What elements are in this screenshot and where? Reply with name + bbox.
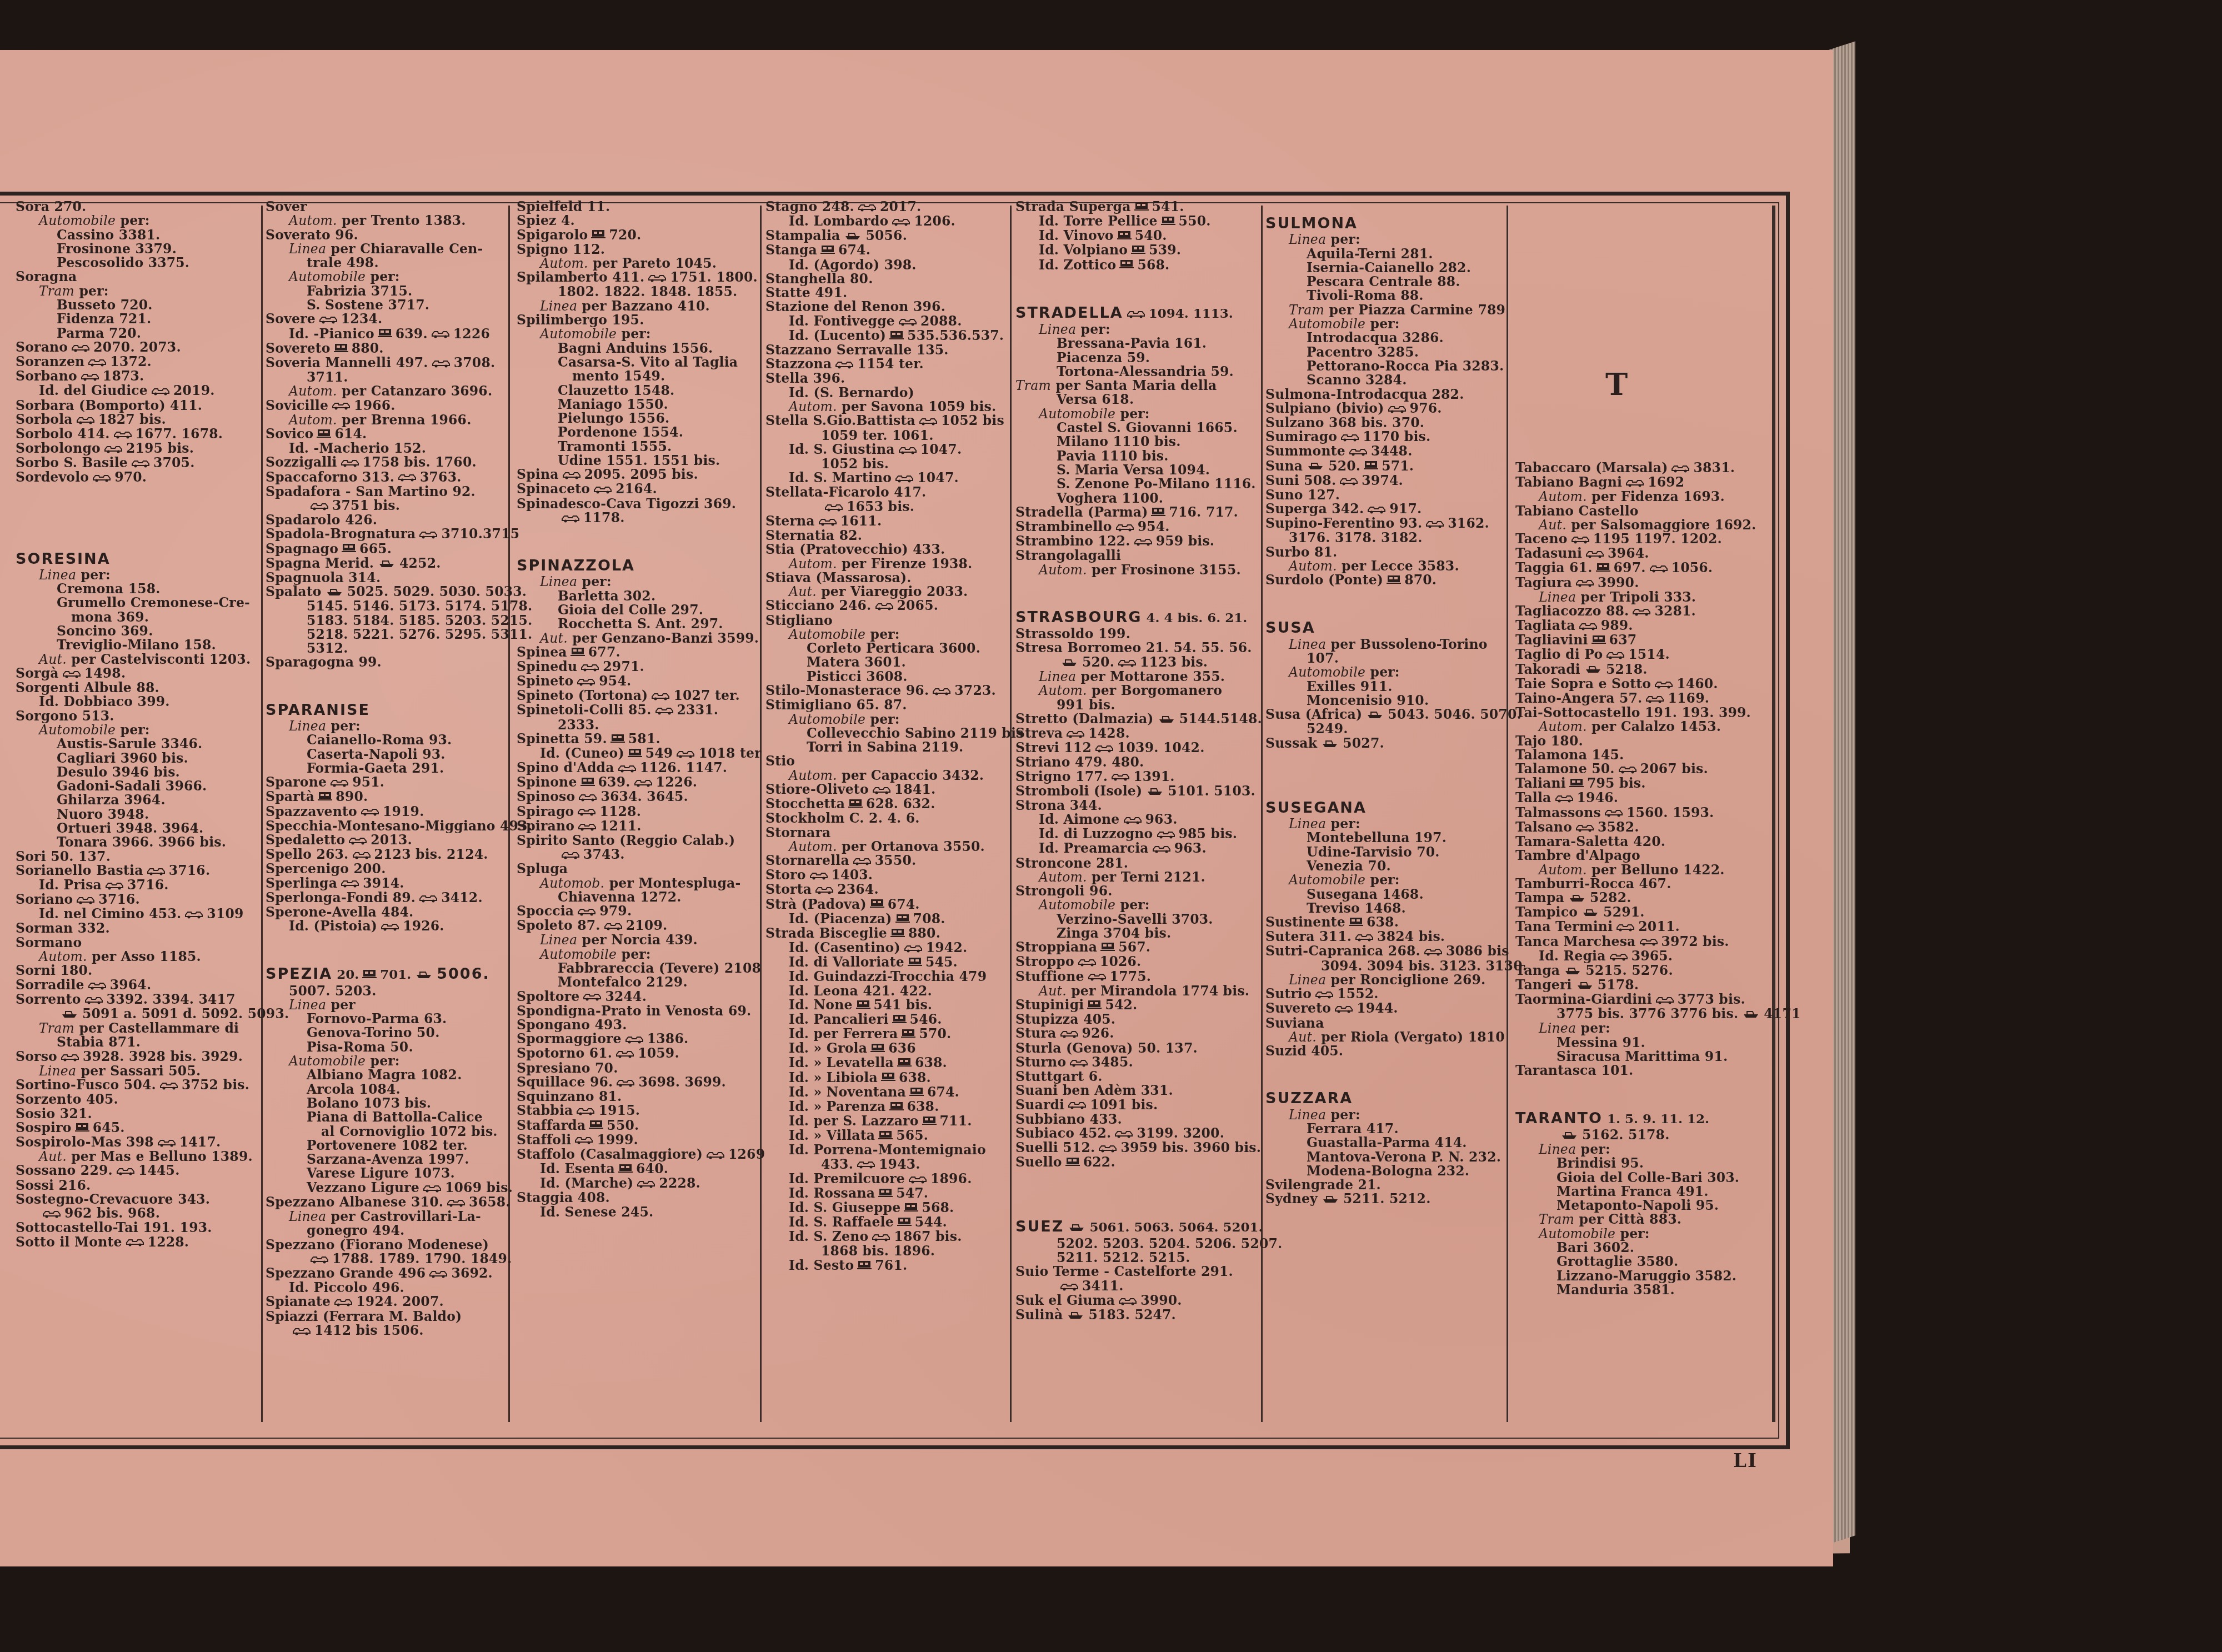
table-numbers: 3716.	[127, 877, 169, 893]
entry-text: Stilo-Monasterace 96.	[765, 683, 929, 698]
table-numbers: 1924. 2007.	[356, 1294, 444, 1309]
entry-text: Varese Ligure 1073.	[307, 1165, 455, 1181]
ship-icon	[1157, 713, 1176, 727]
table-numbers: 542.	[1105, 997, 1137, 1013]
index-subentry: Linea per Bazzano 410.	[517, 299, 755, 313]
index-entry: Sutrio1552.	[1265, 987, 1504, 1002]
entry-text: Bagni Anduins 1556.	[558, 341, 713, 356]
service-type: Linea	[39, 567, 76, 583]
table-numbers: 1999.	[597, 1132, 638, 1148]
tram-icon	[628, 747, 642, 761]
index-entry: Tagiura3990.	[1515, 576, 1754, 590]
index-entry: Spirito Santo (Reggio Calab.)	[517, 834, 755, 848]
table-numbers: 711.	[940, 1113, 972, 1129]
index-entry: Streva1428.	[1015, 727, 1254, 741]
automobile-icon	[88, 356, 107, 369]
table-numbers: 1552.	[1337, 986, 1379, 1002]
entry-text: Susegana 1468.	[1307, 887, 1424, 902]
index-entry: Staffarda550.	[517, 1119, 755, 1133]
index-entry: Spadarolo 426.	[266, 513, 504, 527]
table-numbers: 550.	[607, 1118, 639, 1133]
page-number: LI	[1733, 1450, 1758, 1472]
entry-text: Sperone-Avella 484.	[266, 904, 413, 920]
index-entry: Sossi 216.	[16, 1179, 254, 1193]
index-subentry: Stabia 871.	[16, 1035, 254, 1049]
entry-text: per Savona 1059 bis.	[837, 399, 997, 414]
index-subentry: Arcola 1084.	[266, 1083, 504, 1097]
entry-text: Sorgenti Albule 88.	[16, 680, 159, 695]
entry-text: per:	[76, 567, 111, 583]
entry-text: Id. Preamarcia	[1039, 840, 1149, 856]
automobile-icon	[615, 1047, 634, 1061]
entry-text: Frosinone 3379.	[57, 241, 177, 257]
entry-text: Ghilarza 3964.	[57, 792, 166, 808]
entry-text: Tampa	[1515, 890, 1564, 905]
entry-text: Stabia 871.	[57, 1034, 141, 1050]
ship-icon	[414, 968, 433, 982]
index-subentry: Autom. per Fidenza 1693.	[1515, 490, 1754, 504]
entry-text: Treviglio-Milano 158.	[57, 637, 216, 653]
entry-text: Id. Vinovo	[1039, 228, 1114, 243]
index-subentry: 1059 ter. 1061.	[765, 429, 1004, 443]
entry-text: Metaponto-Napoli 95.	[1557, 1198, 1719, 1213]
index-entry: Stella S.Gio.Battista1052 bis	[765, 414, 1004, 428]
index-entry: Spinadesco-Cava Tigozzi 369.	[517, 497, 755, 511]
entry-text: per Mas e Belluno 1389.	[67, 1149, 253, 1164]
index-subentry: Bari 3602.	[1515, 1241, 1754, 1255]
index-column-2: SoverAutom. per Trento 1383.Soverato 96.…	[266, 200, 504, 1338]
index-entry: Stellata-Ficarolo 417.	[765, 485, 1004, 499]
station-heading-name: SUEZ	[1015, 1218, 1064, 1235]
entry-text: per Capaccio 3432.	[837, 768, 984, 783]
index-entry: Sormano	[16, 936, 254, 950]
index-entry: Sturla (Genova) 50. 137.	[1015, 1042, 1254, 1055]
table-numbers: 1841.	[894, 782, 936, 797]
index-subentry: 5183. 5184. 5185. 5203. 5215.	[266, 614, 504, 628]
table-numbers: 541 bis.	[874, 997, 933, 1013]
entry-text: Gadoni-Sadali 3966.	[57, 778, 207, 794]
service-type: Linea	[1039, 669, 1076, 684]
table-numbers: 3964.	[110, 977, 152, 993]
station-heading-name: TARANTO	[1515, 1110, 1603, 1127]
table-numbers: 708.	[913, 911, 945, 927]
service-type: Automobile	[1289, 316, 1365, 332]
entry-text: Id. S. Giustina	[789, 442, 895, 457]
entry-text: per:	[1076, 322, 1110, 337]
automobile-icon	[898, 443, 917, 457]
table-numbers: 674.	[888, 897, 920, 912]
entry-text: per Chiaravalle Cen-	[326, 241, 483, 257]
index-entry: Tabiano Bagni1692	[1515, 475, 1754, 490]
index-subentry: Chiavenna 1272.	[517, 890, 755, 904]
index-subentry: Cremona 158.	[16, 582, 254, 596]
automobile-icon	[1340, 430, 1359, 444]
tram-icon	[362, 968, 377, 982]
table-numbers: 3698. 3699.	[638, 1074, 726, 1090]
table-numbers: 1226	[453, 326, 490, 342]
entry-text: 991 bis.	[1057, 697, 1115, 713]
index-entry: Spirago1128.	[517, 805, 755, 819]
table-numbers: 1226.	[656, 774, 698, 790]
index-subentry: Id. Premilcuore1896.	[765, 1172, 1004, 1187]
entry-text: Subbiano 433.	[1015, 1112, 1122, 1127]
table-numbers: 1391.	[1133, 769, 1175, 784]
index-entry: Sparone951.	[266, 775, 504, 790]
service-type: Autom.	[789, 768, 837, 783]
index-subentry: Id. (Casentino)1942.	[765, 941, 1004, 955]
index-entry: Sperlonga-Fondi 89.3412.	[266, 891, 504, 905]
automobile-icon	[604, 919, 623, 933]
index-entry: Spormaggiore1386.	[517, 1032, 755, 1047]
entry-text: Id. di Luzzogno	[1039, 826, 1153, 842]
index-subentry: Vezzano Ligure1069 bis.	[266, 1181, 504, 1195]
entry-text: Stiava (Massarosa).	[765, 570, 912, 585]
entry-text: Sulpiano (bivio)	[1265, 401, 1384, 416]
index-entry: Spiez 4.	[517, 214, 755, 228]
automobile-icon	[104, 442, 123, 456]
entry-text: per:	[116, 722, 150, 738]
index-entry: Staggia 408.	[517, 1191, 755, 1205]
automobile-icon	[1654, 678, 1673, 692]
service-type: Linea	[1539, 1142, 1576, 1157]
automobile-icon	[1134, 535, 1153, 549]
spacer	[266, 934, 504, 950]
table-numbers: 636	[888, 1040, 916, 1056]
service-type: Automobile	[540, 947, 617, 962]
service-type: Autom.	[1539, 719, 1587, 734]
index-subentry: Albiano Magra 1082.	[266, 1068, 504, 1082]
entry-text: Albiano Magra 1082.	[307, 1067, 462, 1083]
entry-text: Staffarda	[517, 1118, 585, 1133]
table-numbers: 1403.	[832, 867, 873, 883]
spacer	[1265, 588, 1504, 604]
index-subentry: Id. per S. Lazzaro711.	[765, 1114, 1004, 1129]
entry-text: Pordenone 1554.	[558, 424, 683, 440]
entry-text: Id. (Lucento)	[789, 328, 886, 343]
entry-text: Tramonti 1555.	[558, 439, 672, 454]
entry-text: Sostegno-Crevacuore 343.	[16, 1192, 210, 1207]
entry-text: Soveria Mannelli 497.	[266, 355, 428, 371]
entry-text: Spigarolo	[517, 227, 588, 243]
table-numbers: 1788. 1789. 1790. 1849.	[332, 1251, 512, 1266]
automobile-icon	[1127, 307, 1145, 321]
entry-text: Sumirago	[1265, 429, 1337, 444]
entry-text: Grottaglie 3580.	[1557, 1254, 1678, 1269]
automobile-icon	[419, 892, 438, 905]
index-subentry: Formia-Gaeta 291.	[266, 762, 504, 775]
entry-text: 5183. 5184. 5185. 5203. 5215.	[307, 613, 532, 628]
entry-text: Sussak	[1265, 735, 1317, 751]
index-subentry: 5312.	[266, 642, 504, 655]
table-numbers: 3928. 3928 bis. 3929.	[83, 1049, 243, 1064]
index-subentry: 5249.	[1265, 722, 1504, 736]
entry-text: Stia (Pratovecchio) 433.	[765, 542, 945, 557]
entry-text: Sorzento 405.	[16, 1092, 118, 1107]
entry-text: Spezzano (Fiorano Modenese)	[266, 1237, 489, 1253]
index-subentry: Id. -Pianico639.1226	[266, 327, 504, 342]
automobile-icon	[1157, 828, 1175, 842]
table-numbers: 2017.	[880, 199, 922, 214]
entry-text: 5202. 5203. 5204. 5206. 5207.	[1057, 1236, 1282, 1251]
automobile-icon	[88, 979, 107, 993]
service-type: Automobile	[39, 213, 116, 228]
index-subentry: Id. » Villata565.	[765, 1129, 1004, 1143]
index-subentry: Udine 1551. 1551 bis.	[517, 454, 755, 468]
entry-text: Spinoso	[517, 789, 575, 804]
automobile-icon	[580, 660, 599, 674]
index-subentry: Casarsa-S. Vito al Taglia	[517, 356, 755, 369]
service-type: Autom.	[540, 256, 588, 271]
index-subentry: Castel S. Giovanni 1665.	[1015, 421, 1254, 435]
entry-text: Stresa Borromeo 21. 54. 55. 56.	[1015, 640, 1252, 655]
index-entry: Spezzano Grande 4963692.	[266, 1266, 504, 1281]
index-entry: Tadasuni3964.	[1515, 547, 1754, 561]
index-subentry: Id. -Macherio 152.	[266, 442, 504, 455]
index-subentry: Aut. per Castelvisconti 1203.	[16, 653, 254, 667]
entry-text: per Castellammare di	[74, 1020, 239, 1036]
index-entry: Spina2095. 2095 bis.	[517, 468, 755, 482]
automobile-icon	[184, 908, 203, 922]
automobile-icon	[1060, 1027, 1079, 1041]
tram-icon	[317, 428, 331, 442]
tram-icon	[1131, 244, 1145, 258]
table-numbers: 3582.	[1598, 819, 1639, 835]
service-type: Aut.	[39, 652, 67, 667]
table-numbers: 540.	[1135, 228, 1167, 243]
automobile-icon	[1115, 520, 1134, 534]
table-numbers: 1611.	[840, 513, 882, 529]
entry-text: Tortona-Alessandria 59.	[1057, 364, 1234, 379]
index-subentry: Cassino 3381.	[16, 228, 254, 242]
entry-text: Sutri-Capranica 268.	[1265, 943, 1420, 959]
table-numbers: 1417.	[179, 1134, 221, 1150]
table-numbers: 3658.	[469, 1194, 511, 1210]
table-numbers: 638.	[1367, 914, 1399, 930]
entry-text: Sover	[266, 199, 307, 214]
table-numbers: 2971.	[603, 659, 644, 674]
ship-icon	[377, 557, 396, 571]
automobile-icon	[637, 1177, 655, 1191]
index-subentry: Pisticci 3608.	[765, 670, 1004, 684]
entry-text: Stockholm C. 2. 4. 6.	[765, 810, 920, 826]
index-column-7: Tabaccaro (Marsala)3831.Tabiano Bagni169…	[1515, 461, 1754, 1297]
entry-text: Fidenza 721.	[57, 311, 151, 327]
index-entry: Taormina-Giardini3773 bis.	[1515, 993, 1754, 1007]
spacer	[1015, 1170, 1254, 1187]
index-subentry: Aut. per Mas e Belluno 1389.	[16, 1150, 254, 1164]
index-subentry: Automobile per:	[266, 1054, 504, 1068]
entry-text: Stimigliano 65. 87.	[765, 697, 907, 713]
automobile-icon	[105, 879, 124, 893]
entry-text: per Catanzaro 3696.	[337, 383, 493, 399]
entry-text: Spadarolo 426.	[266, 512, 377, 528]
entry-text: per:	[1326, 232, 1360, 247]
entry-text: Cremona 158.	[57, 581, 161, 597]
entry-text: Stiore-Oliveto	[765, 782, 869, 797]
service-type: Aut.	[1039, 983, 1067, 999]
automobile-icon	[908, 1173, 927, 1187]
entry-text: Sospirolo-Mas 398	[16, 1134, 154, 1150]
entry-text: 5145. 5146. 5173. 5174. 5178.	[307, 598, 532, 614]
index-entry: Stigliano	[765, 614, 1004, 628]
entry-text: Stellata-Ficarolo 417.	[765, 484, 926, 500]
service-type: Aut.	[1539, 517, 1567, 533]
index-column-4: Stagno 248.2017.Id. Lombardo1206.Stampal…	[765, 200, 1004, 1273]
entry-text: Spielfeld 11.	[517, 199, 610, 214]
service-type: Linea	[289, 1209, 326, 1224]
automobile-icon	[818, 515, 837, 529]
index-subentry: Automobile per:	[1265, 665, 1504, 679]
entry-text: Stornara	[765, 825, 830, 840]
entry-text: Spalato	[266, 584, 322, 599]
automobile-icon	[332, 399, 351, 413]
entry-text: 2333.	[558, 717, 599, 733]
table-numbers: 5211. 5212.	[1343, 1191, 1431, 1207]
station-heading-name: STRADELLA	[1015, 304, 1123, 322]
entry-text: Id. » Grola	[789, 1040, 867, 1056]
index-subentry: Pielungo 1556.	[517, 412, 755, 425]
index-entry: Tana Termini2011.	[1515, 920, 1754, 934]
entry-text: per Bussoleno-Torino	[1326, 637, 1487, 652]
entry-text: Sperlonga-Fondi 89.	[266, 890, 416, 905]
entry-text: 1868 bis. 1896.	[821, 1243, 935, 1259]
table-numbers: 4. 4 bis. 6. 21.	[1142, 610, 1247, 625]
entry-text: Venezia 70.	[1307, 858, 1391, 874]
index-subentry: Collevecchio Sabino 2119 bis	[765, 727, 1004, 740]
index-entry: Supino-Ferentino 93.3162.	[1265, 517, 1504, 531]
entry-text: per:	[1615, 1226, 1650, 1241]
table-numbers: 5218.	[1606, 662, 1648, 677]
automobile-icon	[334, 1295, 353, 1309]
table-numbers: 20.	[332, 967, 359, 982]
table-numbers: 880.	[352, 341, 384, 356]
entry-text: Specchia-Montesano-Miggiano 493.	[266, 818, 532, 834]
table-numbers: 550.	[1179, 213, 1211, 229]
automobile-icon	[1655, 993, 1674, 1007]
entry-text: Bari 3602.	[1557, 1240, 1634, 1255]
table-numbers: 1052 bis	[941, 413, 1004, 428]
tram-icon	[1087, 999, 1102, 1013]
index-entry: Sossano 229.1445.	[16, 1164, 254, 1178]
table-numbers: 567.	[1118, 939, 1150, 955]
index-subentry: 107.	[1265, 652, 1504, 665]
index-entry: Tambre d'Alpago	[1515, 849, 1754, 863]
table-numbers: 3990.	[1598, 575, 1639, 590]
entry-text: Stura	[1015, 1025, 1057, 1041]
entry-text: Sternatia 82.	[765, 528, 862, 543]
entry-text: Bressana-Pavia 161.	[1057, 336, 1207, 351]
entry-text: Sora 270.	[16, 199, 86, 214]
table-numbers: 1228.	[148, 1234, 189, 1250]
index-subentry: Desulo 3946 bis.	[16, 765, 254, 779]
index-subentry: Id. di Valloriate545.	[765, 955, 1004, 970]
tram-icon	[1596, 562, 1610, 575]
entry-text: Sturla (Genova) 50. 137.	[1015, 1040, 1198, 1056]
spacer	[1265, 1058, 1504, 1075]
entry-text: Squinzano 81.	[517, 1089, 622, 1104]
automobile-icon	[904, 942, 923, 955]
index-entry: Sulpiano (bivio)976.	[1265, 402, 1504, 416]
automobile-icon	[1609, 950, 1628, 964]
table-numbers: 628. 632.	[866, 796, 935, 812]
index-entry: Stimigliano 65. 87.	[765, 698, 1004, 712]
entry-text: Suani ben Adèm 331.	[1015, 1083, 1173, 1098]
index-entry: Stocchetta628. 632.	[765, 797, 1004, 812]
table-numbers: 5178.	[1598, 977, 1639, 993]
index-subentry: 3411.	[1015, 1279, 1254, 1294]
entry-text: per:	[366, 269, 400, 284]
entry-text: Strigno 177.	[1015, 769, 1108, 784]
index-subentry: Id. S. Zeno1867 bis.	[765, 1230, 1004, 1244]
automobile-icon	[431, 327, 450, 341]
entry-text: Id. Rossana	[789, 1185, 875, 1201]
automobile-icon	[292, 1324, 311, 1338]
entry-text: Summonte	[1265, 443, 1345, 459]
index-subentry: Pisa-Roma 50.	[266, 1040, 504, 1054]
entry-text: Gioia del Colle-Bari 303.	[1557, 1170, 1739, 1185]
index-entry: Stampalia5056.	[765, 229, 1004, 243]
index-subentry: 433.1943.	[765, 1158, 1004, 1172]
entry-text: Suello	[1015, 1154, 1062, 1170]
entry-text: Spinaceto	[517, 481, 590, 497]
automobile-icon	[1123, 813, 1142, 827]
table-numbers: 5091 a. 5091 d. 5092. 5093.	[82, 1006, 289, 1022]
table-numbers: 3773 bis.	[1678, 992, 1745, 1007]
table-numbers: 1094. 1113.	[1149, 306, 1233, 321]
index-entry: Stuttgart 6.	[1015, 1070, 1254, 1084]
entry-text: Pavia 1110 bis.	[1057, 448, 1169, 464]
entry-text: Svilengrade 21.	[1265, 1177, 1381, 1193]
index-subentry: Autom. per Terni 2121.	[1015, 870, 1254, 884]
index-subentry: Linea per:	[517, 575, 755, 589]
index-entry: Taie Sopra e Sotto1460.	[1515, 677, 1754, 692]
table-numbers: 3743.	[583, 847, 625, 862]
station-heading-name: SPARANISE	[266, 702, 370, 719]
entry-text: Moncenisio 910.	[1307, 693, 1429, 708]
entry-text: Sorradile	[16, 977, 84, 993]
index-entry: Suello622.	[1015, 1155, 1254, 1170]
tram-icon	[580, 776, 595, 790]
entry-text: Spiez 4.	[517, 213, 575, 228]
service-type: Linea	[39, 1063, 76, 1079]
service-type: Automobile	[289, 269, 366, 284]
index-subentry: 2333.	[517, 718, 755, 732]
entry-text: 1059 ter. 1061.	[821, 428, 934, 443]
index-entry: Sustinente638.	[1265, 915, 1504, 930]
index-entry: Sorradile3964.	[16, 978, 254, 993]
entry-text: Spartà	[266, 789, 314, 804]
index-entry: Stazione del Renon 396.	[765, 300, 1004, 314]
automobile-icon	[398, 470, 417, 484]
index-entry: Sulzano 368 bis. 370.	[1265, 416, 1504, 430]
automobile-icon	[1585, 547, 1604, 561]
entry-text: Id. » Noventana	[789, 1084, 906, 1100]
index-subentry: Id. » Levatella638.	[765, 1056, 1004, 1070]
entry-text: Busseto 720.	[57, 297, 153, 313]
entry-text: Staggia 408.	[517, 1190, 610, 1205]
index-entry: Sovico614.	[266, 427, 504, 442]
index-subentry: Id. S. Martino1047.	[765, 471, 1004, 485]
index-subentry: Tivoli-Roma 88.	[1265, 289, 1504, 303]
index-entry: Spinoso3634. 3645.	[517, 790, 755, 804]
entry-text: per Castrovillari-La-	[326, 1209, 481, 1224]
entry-text: Parma 720.	[57, 326, 141, 341]
index-subentry: Tram per Castellammare di	[16, 1022, 254, 1035]
ship-icon	[843, 229, 862, 243]
entry-text: Supino-Ferentino 93.	[1265, 515, 1422, 531]
table-numbers: 1056.	[1671, 560, 1713, 575]
entry-text: Sorni 180.	[16, 963, 92, 978]
